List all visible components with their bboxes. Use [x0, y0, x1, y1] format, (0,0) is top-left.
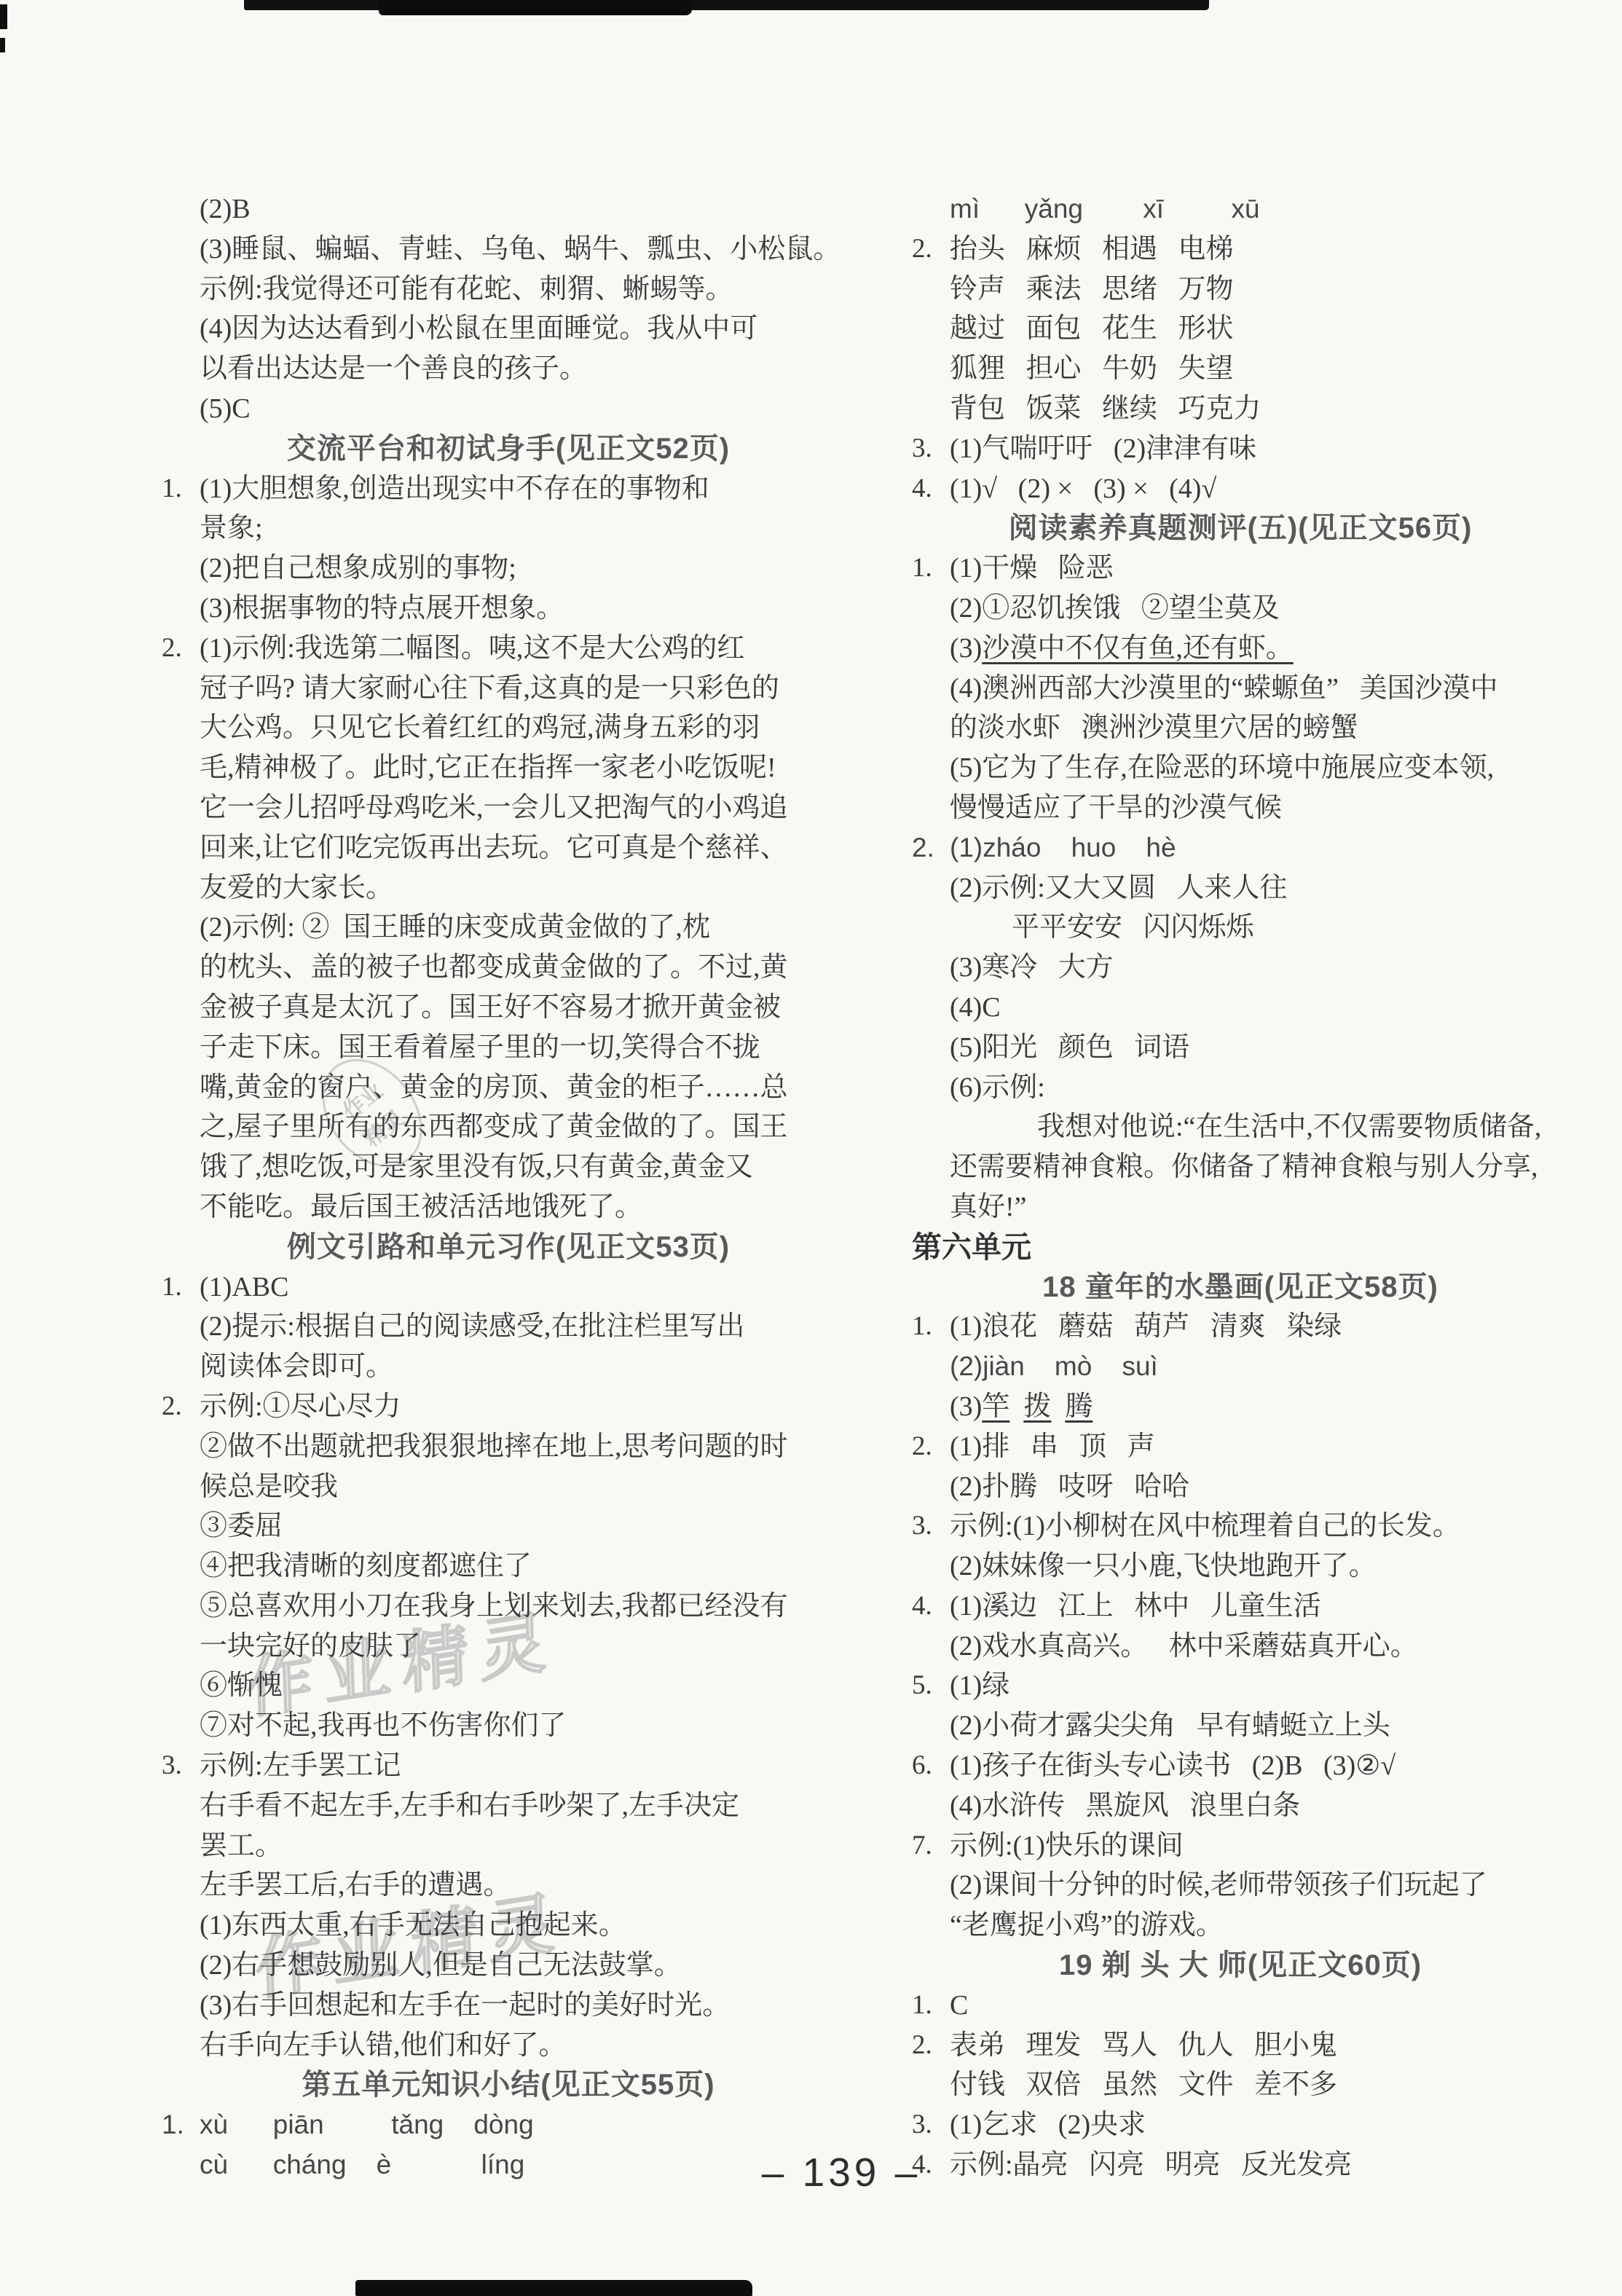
text-line: 还需要精神食粮。你储备了精神食粮与别人分享,	[912, 1147, 1531, 1187]
text-line: (2)右手想鼓励别人,但是自己无法鼓掌。	[162, 1946, 817, 1986]
text-segment: 示例:(1)小柳树在风中梳理着自己的长发。	[950, 1511, 1460, 1541]
text-segment: 示例:晶亮 闪亮 明亮 反光发亮	[950, 2150, 1352, 2180]
text-segment: ②做不出题就把我狠狠地摔在地上,思考问题的时	[200, 1431, 788, 1462]
text-segment: (2)提示:根据自己的阅读感受,在批注栏里写出	[200, 1311, 744, 1342]
text-segment: 以看出达达是一个善良的孩子。	[200, 353, 587, 384]
text-line: 4.(1)√ (2) × (3) × (4)√	[912, 469, 1531, 509]
text-segment: 阅读素养真题测评(五)(见正文56页)	[1009, 512, 1473, 544]
scan-artifact-top-bar-thick	[379, 0, 692, 15]
text-line: (2)示例: ② 国王睡的床变成黄金做的了,枕	[162, 908, 817, 948]
scan-artifact-bottom-bar	[355, 2280, 752, 2296]
text-line: 示例:我觉得还可能有花蛇、刺猬、蜥蜴等。	[162, 270, 817, 310]
text-segment: (1)乞求 (2)央求	[950, 2110, 1146, 2140]
section-heading: 例文引路和单元习作(见正文53页)	[162, 1227, 817, 1267]
text-segment: 慢慢适应了干旱的沙漠气候	[950, 793, 1282, 823]
item-number: 3.	[912, 429, 950, 469]
text-line: 2.表弟 理发 骂人 仇人 胆小鬼	[912, 2026, 1531, 2066]
text-segment: C	[950, 1990, 968, 2021]
text-line: ⑤总喜欢用小刀在我身上划来划去,我都已经没有	[162, 1587, 817, 1627]
text-segment: 拨	[1023, 1391, 1051, 1422]
text-line: 毛,精神极了。此时,它正在指挥一家老小吃饭呢!	[162, 748, 817, 788]
text-segment: (2)戏水真高兴。 林中采蘑菇真开心。	[950, 1631, 1418, 1662]
pinyin-line: (2)jiàn mò suì	[912, 1347, 1531, 1387]
text-line: 4.(1)溪边 江上 林中 儿童生活	[912, 1587, 1531, 1627]
item-number: 5.	[912, 1666, 950, 1706]
text-line: 背包 饭菜 继续 巧克力	[912, 389, 1531, 429]
section-heading: 18 童年的水墨画(见正文58页)	[912, 1267, 1531, 1308]
text-line: 真好!”	[912, 1187, 1531, 1227]
text-line: (2)把自己想象成别的事物;	[162, 549, 817, 589]
section-heading: 交流平台和初试身手(见正文52页)	[162, 429, 817, 469]
text-segment: ③委屈	[200, 1511, 283, 1541]
text-segment: 回来,让它们吃完饭再出去玩。它可真是个慈祥、	[200, 833, 788, 863]
text-segment: (4)澳洲西部大沙漠里的“蝾螈鱼” 美国沙漠中	[950, 673, 1498, 704]
text-line: 饿了,想吃饭,可是家里没有饭,只有黄金,黄金又	[162, 1147, 817, 1187]
text-line: 候总是咬我	[162, 1467, 817, 1507]
text-line: 大公鸡。只见它长着红红的鸡冠,满身五彩的羽	[162, 708, 817, 748]
text-line: ③委屈	[162, 1506, 817, 1546]
text-line: 冠子吗? 请大家耐心往下看,这真的是一只彩色的	[162, 669, 817, 709]
text-line: (3)右手回想起和左手在一起时的美好时光。	[162, 1986, 817, 2026]
text-segment: 背包 饭菜 继续 巧克力	[950, 393, 1261, 424]
text-line: (4)澳洲西部大沙漠里的“蝾螈鱼” 美国沙漠中	[912, 669, 1531, 709]
text-line: (3)沙漠中不仅有鱼,还有虾。	[912, 629, 1531, 669]
text-segment: (2)把自己想象成别的事物;	[200, 553, 516, 583]
text-segment: (1)√ (2) × (3) × (4)√	[950, 473, 1216, 504]
item-number: 2.	[162, 1387, 200, 1427]
text-line: 罢工。	[162, 1826, 817, 1866]
item-number: 2.	[162, 629, 200, 669]
text-segment: 沙漠中不仅有鱼,还有虾。	[982, 633, 1294, 664]
text-line: 阅读体会即可。	[162, 1347, 817, 1387]
text-line: (4)C	[912, 988, 1531, 1028]
text-line: “老鹰捉小鸡”的游戏。	[912, 1906, 1531, 1946]
text-line: 3.(1)乞求 (2)央求	[912, 2105, 1531, 2145]
text-segment: (2)示例: ② 国王睡的床变成黄金做的了,枕	[200, 912, 710, 943]
item-number: 4.	[912, 1587, 950, 1627]
text-segment: 景象;	[200, 513, 263, 543]
text-line: 1.(1)浪花 蘑菇 葫芦 清爽 染绿	[912, 1307, 1531, 1347]
item-number: 1.	[162, 2105, 200, 2145]
text-segment: ④把我清晰的刻度都遮住了	[200, 1551, 532, 1581]
text-segment: (1)大胆想象,创造出现实中不存在的事物和	[200, 473, 709, 504]
pinyin-line: 2.(1)zháo huo hè	[912, 828, 1531, 868]
text-line: 1.(1)ABC	[162, 1267, 817, 1308]
item-number: 6.	[912, 1746, 950, 1786]
text-segment: 冠子吗? 请大家耐心往下看,这真的是一只彩色的	[200, 673, 779, 704]
text-segment: 示例:(1)快乐的课间	[950, 1831, 1184, 1861]
text-line: 的淡水虾 澳洲沙漠里穴居的螃蟹	[912, 708, 1531, 748]
text-line: 2.(1)排 串 顶 声	[912, 1427, 1531, 1467]
text-line: 右手向左手认错,他们和好了。	[162, 2026, 817, 2066]
text-segment: 之,屋子里所有的东西都变成了黄金做的了。国王	[200, 1112, 788, 1142]
text-line: 3.示例:左手罢工记	[162, 1746, 817, 1786]
text-line: 左手罢工后,右手的遭遇。	[162, 1865, 817, 1906]
text-segment: 一块完好的皮肤了	[200, 1631, 421, 1662]
text-line: (2)课间十分钟的时候,老师带领孩子们玩起了	[912, 1865, 1531, 1906]
text-line: 4.示例:晶亮 闪亮 明亮 反光发亮	[912, 2145, 1531, 2185]
text-line: (6)示例:	[912, 1068, 1531, 1108]
text-line: ⑦对不起,我再也不伤害你们了	[162, 1706, 817, 1746]
text-segment: (1)东西太重,右手无法自己抱起来。	[200, 1910, 626, 1941]
text-segment: mì yǎng xī xū	[950, 194, 1260, 224]
text-segment: (5)阳光 颜色 词语	[950, 1032, 1189, 1063]
text-line: ②做不出题就把我狠狠地摔在地上,思考问题的时	[162, 1427, 817, 1467]
text-segment: (3)根据事物的特点展开想象。	[200, 593, 564, 624]
text-line: (3)根据事物的特点展开想象。	[162, 589, 817, 629]
text-segment: 阅读体会即可。	[200, 1351, 393, 1382]
text-segment: (1)干燥 险恶	[950, 553, 1114, 583]
text-line: 1.C	[912, 1986, 1531, 2026]
text-segment: 示例:①尽心尽力	[200, 1391, 401, 1422]
text-segment: (2)妹妹像一只小鹿,飞快地跑开了。	[950, 1551, 1377, 1581]
text-segment: 罢工。	[200, 1831, 283, 1861]
text-segment: 狐狸 担心 牛奶 失望	[950, 353, 1234, 384]
text-line: 6.(1)孩子在街头专心读书 (2)B (3)②√	[912, 1746, 1531, 1786]
text-segment: 候总是咬我	[200, 1471, 338, 1502]
text-segment: 抬头 麻烦 相遇 电梯	[950, 234, 1234, 264]
text-segment: 真好!”	[950, 1192, 1027, 1222]
text-segment: 的淡水虾 澳洲沙漠里穴居的螃蟹	[950, 712, 1358, 743]
text-line: (2)扑腾 吱呀 哈哈	[912, 1467, 1531, 1507]
text-segment: 第六单元	[912, 1230, 1031, 1264]
text-segment	[1051, 1391, 1065, 1422]
text-line: 3.(1)气喘吁吁 (2)津津有味	[912, 429, 1531, 469]
text-line: 友爱的大家长。	[162, 868, 817, 908]
text-line: (2)示例:又大又圆 人来人往	[912, 868, 1531, 908]
text-segment: (6)示例:	[950, 1072, 1045, 1103]
item-number: 1.	[162, 1267, 200, 1308]
scan-artifact-speck	[0, 4, 7, 29]
text-segment: (3)右手回想起和左手在一起时的美好时光。	[200, 1990, 730, 2021]
text-segment: 毛,精神极了。此时,它正在指挥一家老小吃饭呢!	[200, 752, 776, 783]
text-segment: 交流平台和初试身手(见正文52页)	[287, 433, 730, 465]
text-line: (5)它为了生存,在险恶的环境中施展应变本领,	[912, 748, 1531, 788]
text-segment: (2)示例:又大又圆 人来人往	[950, 873, 1287, 903]
scan-artifact-speck	[0, 38, 5, 52]
text-segment: ⑦对不起,我再也不伤害你们了	[200, 1710, 567, 1741]
text-segment: (1)孩子在街头专心读书 (2)B (3)②√	[950, 1750, 1395, 1781]
text-line: 它一会儿招呼母鸡吃米,一会儿又把淘气的小鸡追	[162, 788, 817, 828]
text-segment: 友爱的大家长。	[200, 873, 393, 903]
text-line: (2)提示:根据自己的阅读感受,在批注栏里写出	[162, 1307, 817, 1347]
text-segment: 示例:我觉得还可能有花蛇、刺猬、蜥蜴等。	[200, 274, 733, 304]
text-segment: 铃声 乘法 思绪 万物	[950, 274, 1234, 304]
item-number: 7.	[912, 1826, 950, 1866]
text-segment: (2)jiàn mò suì	[950, 1351, 1158, 1381]
text-segment: (4)水浒传 黑旋风 浪里白条	[950, 1790, 1300, 1821]
pinyin-line: 1.xù piān tǎng dòng	[162, 2105, 817, 2145]
text-segment: (4)C	[950, 992, 1001, 1023]
text-segment: (1)浪花 蘑菇 葫芦 清爽 染绿	[950, 1311, 1342, 1342]
text-segment: (1)气喘吁吁 (2)津津有味	[950, 433, 1256, 464]
text-line: 慢慢适应了干旱的沙漠气候	[912, 788, 1531, 828]
text-segment: 它一会儿招呼母鸡吃米,一会儿又把淘气的小鸡追	[200, 793, 788, 823]
text-segment: (1)示例:我选第二幅图。咦,这不是大公鸡的红	[200, 633, 744, 664]
text-segment: ⑤总喜欢用小刀在我身上划来划去,我都已经没有	[200, 1591, 788, 1621]
text-segment: (3)	[950, 633, 982, 664]
text-line: 越过 面包 花生 形状	[912, 309, 1531, 349]
text-line: 我想对他说:“在生活中,不仅需要物质储备,	[912, 1107, 1531, 1147]
text-segment: 付钱 双倍 虽然 文件 差不多	[950, 2069, 1337, 2100]
text-line: 嘴,黄金的窗户、黄金的房顶、黄金的柜子……总	[162, 1068, 817, 1108]
text-line: 景象;	[162, 508, 817, 549]
answer-column-right: mì yǎng xī xū2.抬头 麻烦 相遇 电梯铃声 乘法 思绪 万物越过 …	[912, 189, 1531, 2185]
text-segment: (3)	[950, 1391, 982, 1422]
text-line: 2.示例:①尽心尽力	[162, 1387, 817, 1427]
text-segment: 18 童年的水墨画(见正文58页)	[1042, 1271, 1438, 1303]
text-segment: (4)因为达达看到小松鼠在里面睡觉。我从中可	[200, 313, 757, 344]
text-line: 1.(1)干燥 险恶	[912, 549, 1531, 589]
text-line: (4)因为达达看到小松鼠在里面睡觉。我从中可	[162, 309, 817, 349]
text-line: 1.(1)大胆想象,创造出现实中不存在的事物和	[162, 469, 817, 509]
item-number: 1.	[912, 1307, 950, 1347]
text-segment: 右手看不起左手,左手和右手吵架了,左手决定	[200, 1790, 739, 1821]
text-line: 子走下床。国王看着屋子里的一切,笑得合不拢	[162, 1028, 817, 1068]
text-segment: (2)课间十分钟的时候,老师带领孩子们玩起了	[950, 1870, 1487, 1900]
text-line: (1)东西太重,右手无法自己抱起来。	[162, 1906, 817, 1946]
text-segment: (2)B	[200, 194, 251, 224]
item-number: 3.	[162, 1746, 200, 1786]
text-line: 不能吃。最后国王被活活地饿死了。	[162, 1187, 817, 1227]
text-line: 狐狸 担心 牛奶 失望	[912, 349, 1531, 389]
text-line: (2)小荷才露尖尖角 早有蜻蜓立上头	[912, 1706, 1531, 1746]
text-line: 金被子真是太沉了。国王好不容易才掀开黄金被	[162, 988, 817, 1028]
text-segment: 19 剃 头 大 师(见正文60页)	[1059, 1949, 1422, 1981]
text-segment: 嘴,黄金的窗户、黄金的房顶、黄金的柜子……总	[200, 1072, 788, 1103]
text-line: 铃声 乘法 思绪 万物	[912, 270, 1531, 310]
text-segment: 饿了,想吃饭,可是家里没有饭,只有黄金,黄金又	[200, 1152, 753, 1182]
text-segment: xù piān tǎng dòng	[200, 2110, 534, 2139]
text-segment: 的枕头、盖的被子也都变成黄金做的了。不过,黄	[200, 952, 788, 983]
text-line: 右手看不起左手,左手和右手吵架了,左手决定	[162, 1786, 817, 1826]
item-number: 4.	[912, 469, 950, 509]
pinyin-line: cù cháng è líng	[162, 2145, 817, 2185]
item-number: 2.	[912, 1427, 950, 1467]
text-segment: ⑥惭愧	[200, 1670, 283, 1701]
text-line: (3)睡鼠、蝙蝠、青蛙、乌龟、蜗牛、瓢虫、小松鼠。	[162, 229, 817, 270]
unit-title: 第六单元	[912, 1227, 1531, 1267]
text-segment: (2)右手想鼓励别人,但是自己无法鼓掌。	[200, 1950, 682, 1981]
text-line: 以看出达达是一个善良的孩子。	[162, 349, 817, 389]
text-line: (2)妹妹像一只小鹿,飞快地跑开了。	[912, 1546, 1531, 1587]
text-segment: (3)寒冷 大方	[950, 952, 1114, 983]
text-segment: 左手罢工后,右手的遭遇。	[200, 1870, 511, 1900]
item-number: 2.	[912, 2026, 950, 2066]
text-line: 的枕头、盖的被子也都变成黄金做的了。不过,黄	[162, 948, 817, 988]
text-line: 回来,让它们吃完饭再出去玩。它可真是个慈祥、	[162, 828, 817, 868]
text-segment: cù cháng è líng	[200, 2150, 524, 2179]
item-number: 1.	[162, 469, 200, 509]
text-segment: 平平安安 闪闪烁烁	[1012, 912, 1254, 943]
text-line: (5)阳光 颜色 词语	[912, 1028, 1531, 1068]
item-number: 2.	[912, 828, 950, 868]
text-segment: 子走下床。国王看着屋子里的一切,笑得合不拢	[200, 1032, 760, 1063]
item-number: 1.	[912, 1986, 950, 2026]
text-line: 付钱 双倍 虽然 文件 差不多	[912, 2065, 1531, 2105]
text-segment: (1)zháo huo hè	[950, 833, 1176, 862]
text-segment: 大公鸡。只见它长着红红的鸡冠,满身五彩的羽	[200, 712, 760, 743]
text-segment: (1)ABC	[200, 1272, 288, 1302]
text-segment: (2)小荷才露尖尖角 早有蜻蜓立上头	[950, 1710, 1390, 1741]
text-segment: (5)它为了生存,在险恶的环境中施展应变本领,	[950, 752, 1494, 783]
text-segment: (1)溪边 江上 林中 儿童生活	[950, 1591, 1321, 1621]
text-line: 7.示例:(1)快乐的课间	[912, 1826, 1531, 1866]
pinyin-line: mì yǎng xī xū	[912, 189, 1531, 229]
page: 作业 精灵 作业精灵 作业精灵 (2)B(3)睡鼠、蝙蝠、青蛙、乌龟、蜗牛、瓢虫…	[0, 0, 1622, 2296]
text-segment: 示例:左手罢工记	[200, 1750, 401, 1781]
text-segment: 越过 面包 花生 形状	[950, 313, 1234, 344]
page-number: – 139 –	[750, 2149, 932, 2195]
text-segment: (1)绿	[950, 1670, 1009, 1701]
item-number: 1.	[912, 549, 950, 589]
text-segment: 还需要精神食粮。你储备了精神食粮与别人分享,	[950, 1152, 1538, 1182]
text-segment	[1009, 1391, 1023, 1422]
text-line: ⑥惭愧	[162, 1666, 817, 1706]
text-segment: (3)睡鼠、蝙蝠、青蛙、乌龟、蜗牛、瓢虫、小松鼠。	[200, 234, 840, 264]
text-line: 之,屋子里所有的东西都变成了黄金做的了。国王	[162, 1107, 817, 1147]
text-line: (2)①忍饥挨饿 ②望尘莫及	[912, 589, 1531, 629]
item-number: 3.	[912, 2105, 950, 2145]
section-heading: 19 剃 头 大 师(见正文60页)	[912, 1946, 1531, 1986]
text-segment: 竿	[982, 1391, 1009, 1422]
text-line: ④把我清晰的刻度都遮住了	[162, 1546, 817, 1587]
text-line: (3)竿 拨 腾	[912, 1387, 1531, 1427]
item-number: 3.	[912, 1506, 950, 1546]
text-segment: 右手向左手认错,他们和好了。	[200, 2030, 567, 2061]
text-segment: 金被子真是太沉了。国王好不容易才掀开黄金被	[200, 992, 781, 1023]
text-segment: 腾	[1065, 1391, 1093, 1422]
text-segment: 第五单元知识小结(见正文55页)	[302, 2069, 714, 2101]
text-segment: 表弟 理发 骂人 仇人 胆小鬼	[950, 2030, 1337, 2061]
section-heading: 阅读素养真题测评(五)(见正文56页)	[912, 508, 1531, 549]
item-number: 2.	[912, 229, 950, 270]
text-segment: 例文引路和单元习作(见正文53页)	[287, 1231, 730, 1263]
text-line: 2.(1)示例:我选第二幅图。咦,这不是大公鸡的红	[162, 629, 817, 669]
text-segment: (2)①忍饥挨饿 ②望尘莫及	[950, 593, 1280, 624]
text-line: (4)水浒传 黑旋风 浪里白条	[912, 1786, 1531, 1826]
text-segment: “老鹰捉小鸡”的游戏。	[950, 1910, 1224, 1941]
answer-column-left: (2)B(3)睡鼠、蝙蝠、青蛙、乌龟、蜗牛、瓢虫、小松鼠。示例:我觉得还可能有花…	[162, 189, 817, 2185]
text-segment: 我想对他说:“在生活中,不仅需要物质储备,	[1037, 1112, 1541, 1142]
text-line: (3)寒冷 大方	[912, 948, 1531, 988]
text-line: 5.(1)绿	[912, 1666, 1531, 1706]
text-line: (5)C	[162, 389, 817, 429]
text-line: 3.示例:(1)小柳树在风中梳理着自己的长发。	[912, 1506, 1531, 1546]
text-segment: (2)扑腾 吱呀 哈哈	[950, 1471, 1189, 1502]
text-line: (2)戏水真高兴。 林中采蘑菇真开心。	[912, 1627, 1531, 1667]
text-line: (2)B	[162, 189, 817, 229]
text-segment: (1)排 串 顶 声	[950, 1431, 1155, 1462]
text-line: 一块完好的皮肤了	[162, 1627, 817, 1667]
text-segment: 不能吃。最后国王被活活地饿死了。	[200, 1192, 642, 1222]
text-line: 平平安安 闪闪烁烁	[912, 908, 1531, 948]
section-heading: 第五单元知识小结(见正文55页)	[162, 2065, 817, 2105]
text-line: 2.抬头 麻烦 相遇 电梯	[912, 229, 1531, 270]
text-segment: (5)C	[200, 393, 251, 424]
